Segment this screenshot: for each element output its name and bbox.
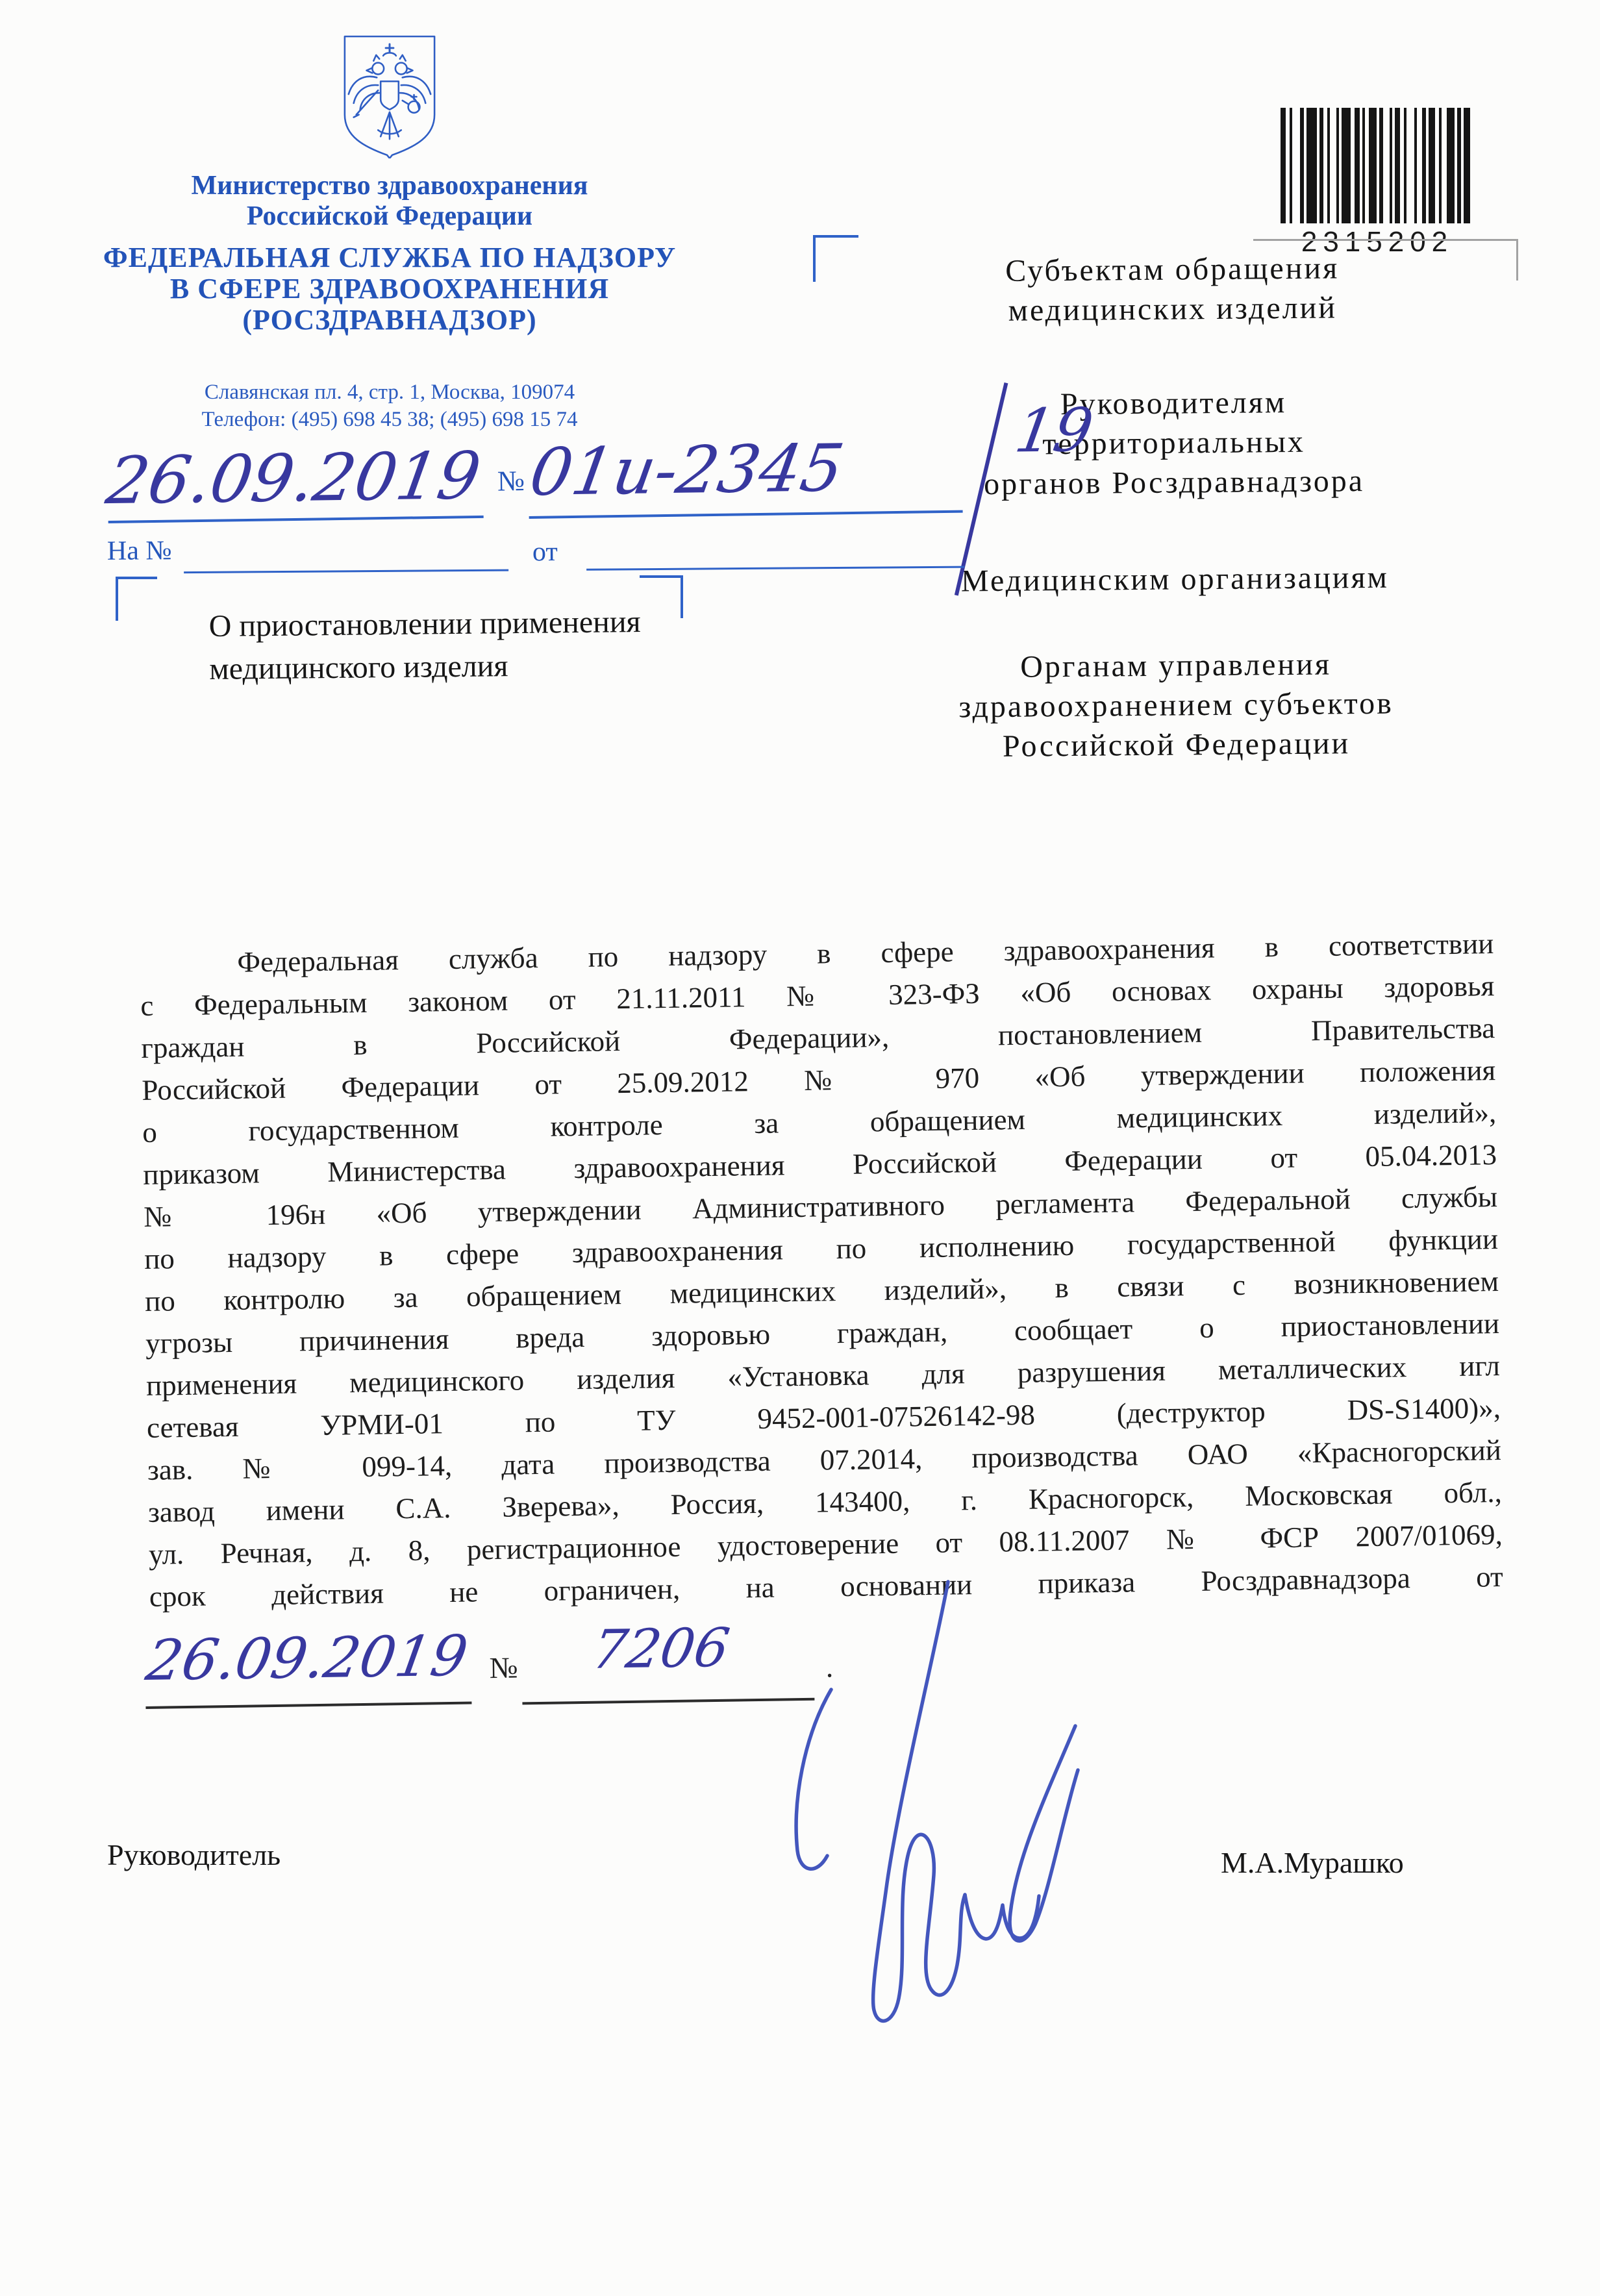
ot-label: от xyxy=(532,536,558,568)
service-name-line3: (РОСЗДРАВНАДЗОР) xyxy=(97,305,682,336)
handwritten-outgoing-date: 26.09.2019 xyxy=(101,438,486,519)
recipient-line: медицинских изделий xyxy=(770,286,1575,332)
letterhead: Министерство здравоохранения Российской … xyxy=(97,32,682,433)
recipient-line: Руководителям xyxy=(771,380,1576,427)
service-name-line1: ФЕДЕРАЛЬНАЯ СЛУЖБА ПО НАДЗОРУ xyxy=(97,242,682,273)
signer-name: М.А.Мурашко xyxy=(1221,1845,1404,1880)
reply-reference-line: На № от xyxy=(107,529,1017,588)
handwritten-number-suffix: 19 xyxy=(1010,395,1097,466)
barcode: 2315202 xyxy=(1278,108,1477,258)
recipient-field-corner-mark-left xyxy=(813,235,858,238)
handwritten-signature xyxy=(727,1573,1091,2037)
scanned-letter-page: Министерство здравоохранения Российской … xyxy=(0,0,1600,2296)
handwritten-order-number: 7206 xyxy=(588,1617,734,1681)
subject-line2: медицинского изделия xyxy=(209,643,703,691)
recipient-line: Органам управления xyxy=(773,642,1578,689)
letterhead-address: Славянская пл. 4, стр. 1, Москва, 109074 xyxy=(97,379,682,406)
barcode-bars xyxy=(1278,108,1477,223)
handwritten-order-date: 26.09.2019 xyxy=(142,1624,471,1694)
service-name-line2: В СФЕРЕ ЗДРАВООХРАНЕНИЯ xyxy=(97,273,682,305)
reply-number-underline xyxy=(184,569,508,573)
recipient-line: Субъектам обращения xyxy=(769,246,1575,293)
na-no-label: На № xyxy=(107,535,172,567)
recipient-line: Российской Федерации xyxy=(773,721,1579,768)
ministry-name-line1: Министерство здравоохранения xyxy=(97,171,682,201)
subject-line1: О приостановлении применения xyxy=(208,600,703,648)
number-sign: № xyxy=(497,464,525,498)
recipient-field-mark-right xyxy=(1253,239,1518,241)
order-number-sign: № xyxy=(489,1650,518,1685)
coat-of-arms-emblem xyxy=(338,32,442,162)
recipient-group-4: Органам управления здравоохранением субъ… xyxy=(773,642,1579,768)
subject-block: О приостановлении применения медицинског… xyxy=(208,600,703,691)
handwritten-outgoing-number: 01и-2345 xyxy=(525,430,849,510)
signer-title: Руководитель xyxy=(107,1838,281,1872)
order-date-underline xyxy=(145,1702,471,1709)
ministry-name-line2: Российской Федерации xyxy=(97,201,682,232)
recipient-group-1: Субъектам обращения медицинских изделий xyxy=(769,246,1575,332)
reply-date-underline xyxy=(586,566,964,571)
recipient-line: здравоохранением субъектов xyxy=(773,682,1579,729)
number-underline xyxy=(529,510,963,519)
letterhead-phone: Телефон: (495) 698 45 38; (495) 698 15 7… xyxy=(97,406,682,433)
